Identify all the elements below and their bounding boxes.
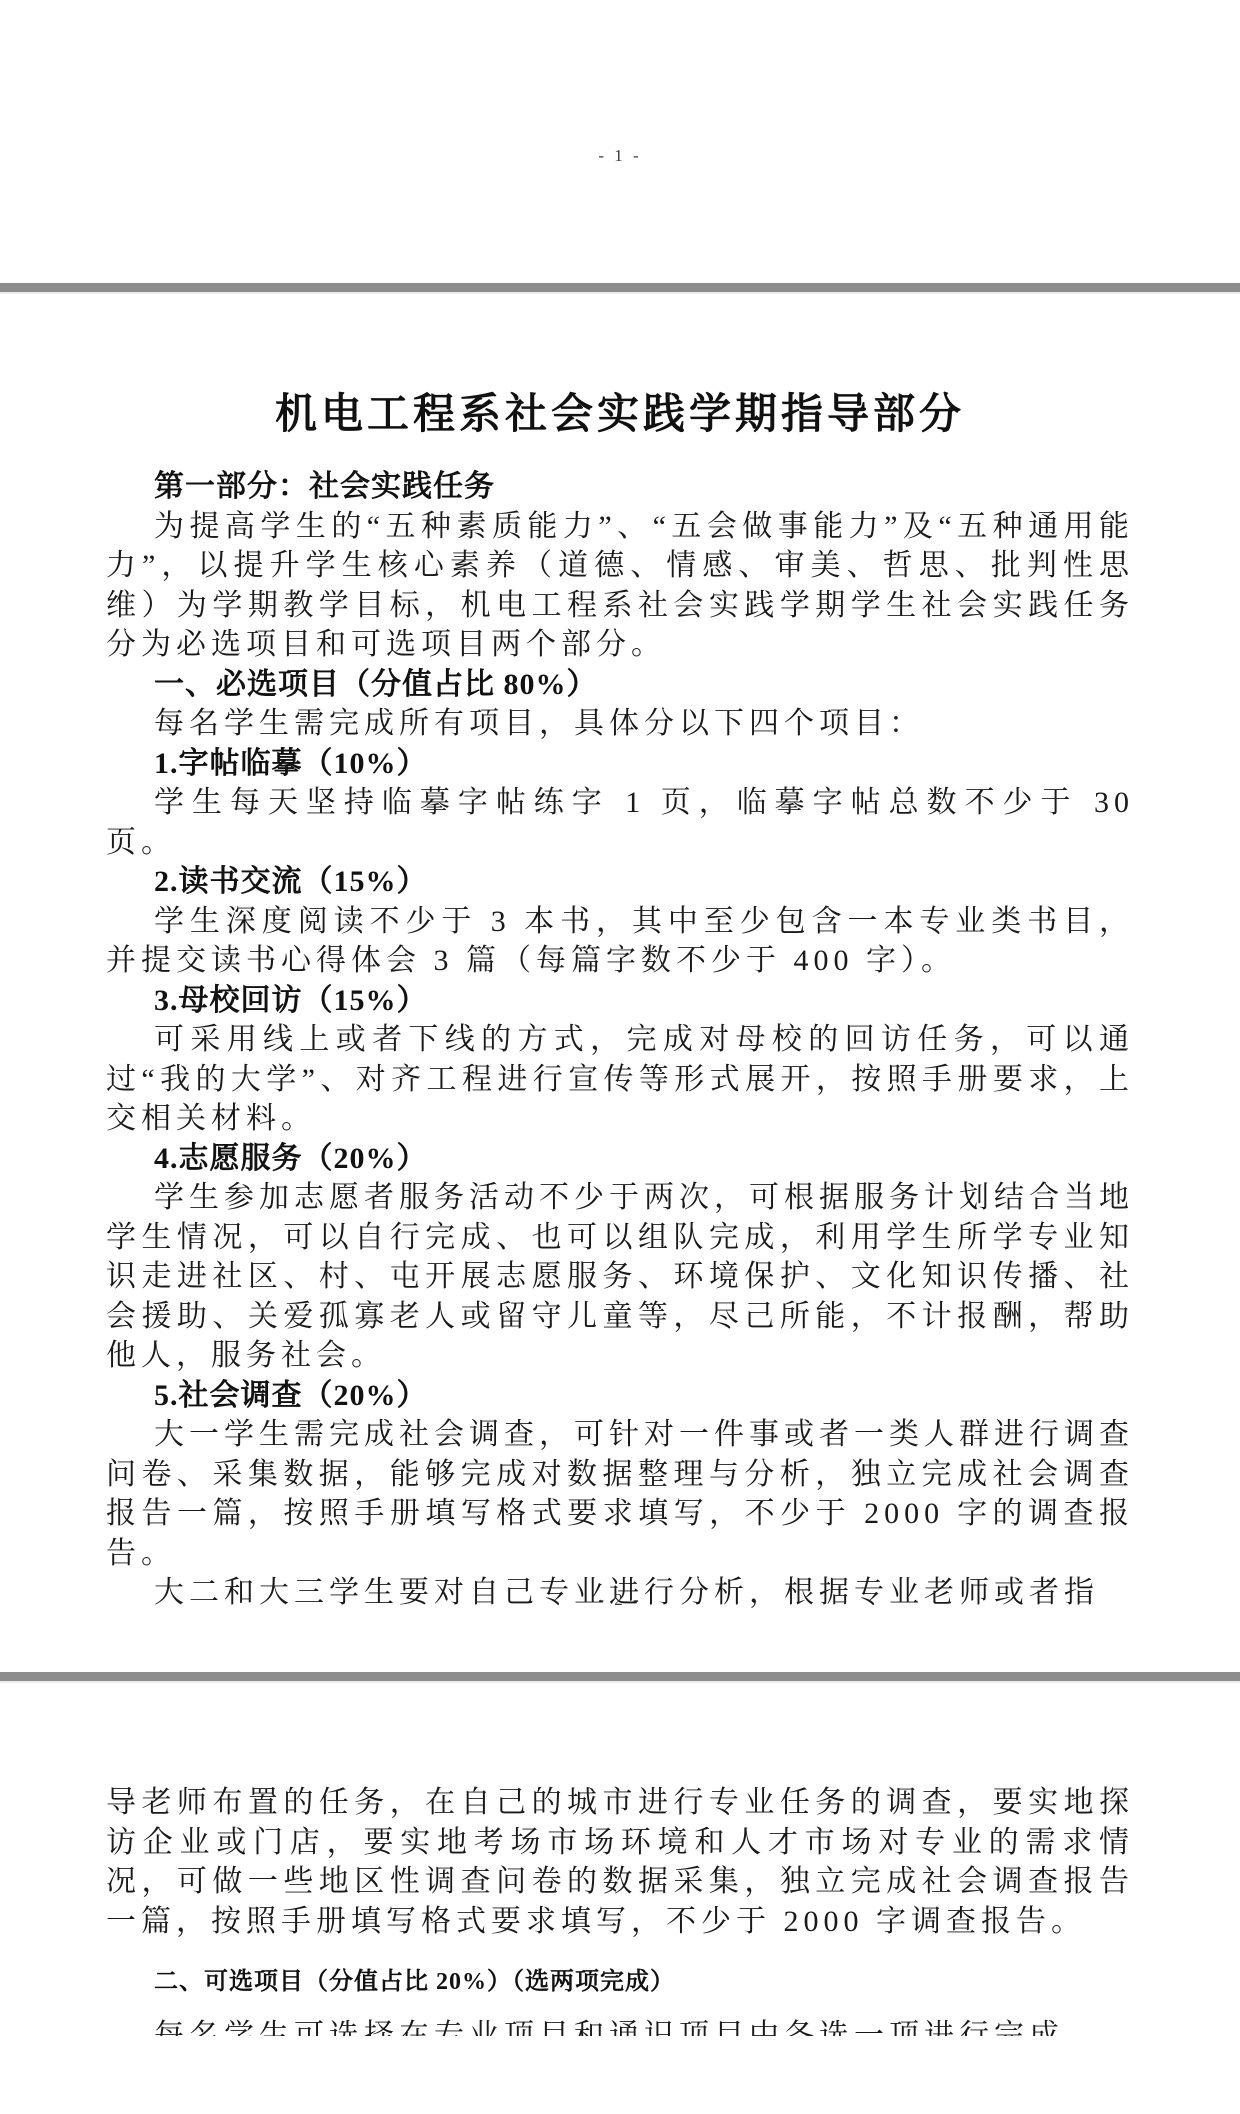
- page-number-2: - 2 -: [0, 1590, 1240, 1610]
- page-2-region: 机电工程系社会实践学期指导部分 第一部分：社会实践任务 为提高学生的“五种素质能…: [0, 294, 1240, 1672]
- page-separator-1: [0, 283, 1240, 294]
- item-2-body: 学生深度阅读不少于 3 本书，其中至少包含一本专业类书目，并提交读书心得体会 3…: [106, 902, 1134, 981]
- item-5-heading: 5.社会调查（20%）: [106, 1376, 1134, 1416]
- item-1-heading: 1.字帖临摹（10%）: [106, 744, 1134, 784]
- required-projects-heading: 一、必选项目（分值占比 80%）: [106, 665, 1134, 705]
- optional-projects-intro: 每名学生可选择在专业项目和通识项目中各选一项进行完成，: [106, 2016, 1134, 2036]
- item-4-heading: 4.志愿服务（20%）: [106, 1139, 1134, 1179]
- item-3-body: 可采用线上或者下线的方式，完成对母校的回访任务，可以通过“我的大学”、对齐工程进…: [106, 1020, 1134, 1139]
- item-5-body-upperclass-continuation: 导老师布置的任务，在自己的城市进行专业任务的调查，要实地探访企业或门店，要实地考…: [106, 1783, 1134, 1941]
- page-3-top-region: 导老师布置的任务，在自己的城市进行专业任务的调查，要实地探访企业或门店，要实地考…: [0, 1683, 1240, 2114]
- page-number-1: - 1 -: [0, 146, 1240, 166]
- optional-projects-heading: 二、可选项目（分值占比 20%）（选两项完成）: [106, 1961, 1134, 1996]
- item-3-heading: 3.母校回访（15%）: [106, 981, 1134, 1021]
- section-1-heading: 第一部分：社会实践任务: [106, 467, 1134, 507]
- document-title: 机电工程系社会实践学期指导部分: [106, 391, 1134, 439]
- required-projects-intro: 每名学生需完成所有项目，具体分以下四个项目：: [106, 704, 1134, 744]
- page-1-bottom-region: - 1 -: [0, 0, 1240, 283]
- intro-paragraph: 为提高学生的“五种素质能力”、“五会做事能力”及“五种通用能力”，以提升学生核心…: [106, 507, 1134, 665]
- item-1-body: 学生每天坚持临摹字帖练字 1 页，临摹字帖总数不少于 30 页。: [106, 783, 1134, 862]
- item-4-body: 学生参加志愿者服务活动不少于两次，可根据服务计划结合当地学生情况，可以自行完成、…: [106, 1178, 1134, 1376]
- item-5-body-freshmen: 大一学生需完成社会调查，可针对一件事或者一类人群进行调查问卷、采集数据，能够完成…: [106, 1415, 1134, 1573]
- page-3-body: 导老师布置的任务，在自己的城市进行专业任务的调查，要实地探访企业或门店，要实地考…: [0, 1683, 1240, 2036]
- item-2-heading: 2.读书交流（15%）: [106, 862, 1134, 902]
- page-2-body: 第一部分：社会实践任务 为提高学生的“五种素质能力”、“五会做事能力”及“五种通…: [106, 467, 1134, 1613]
- page-separator-2: [0, 1672, 1240, 1683]
